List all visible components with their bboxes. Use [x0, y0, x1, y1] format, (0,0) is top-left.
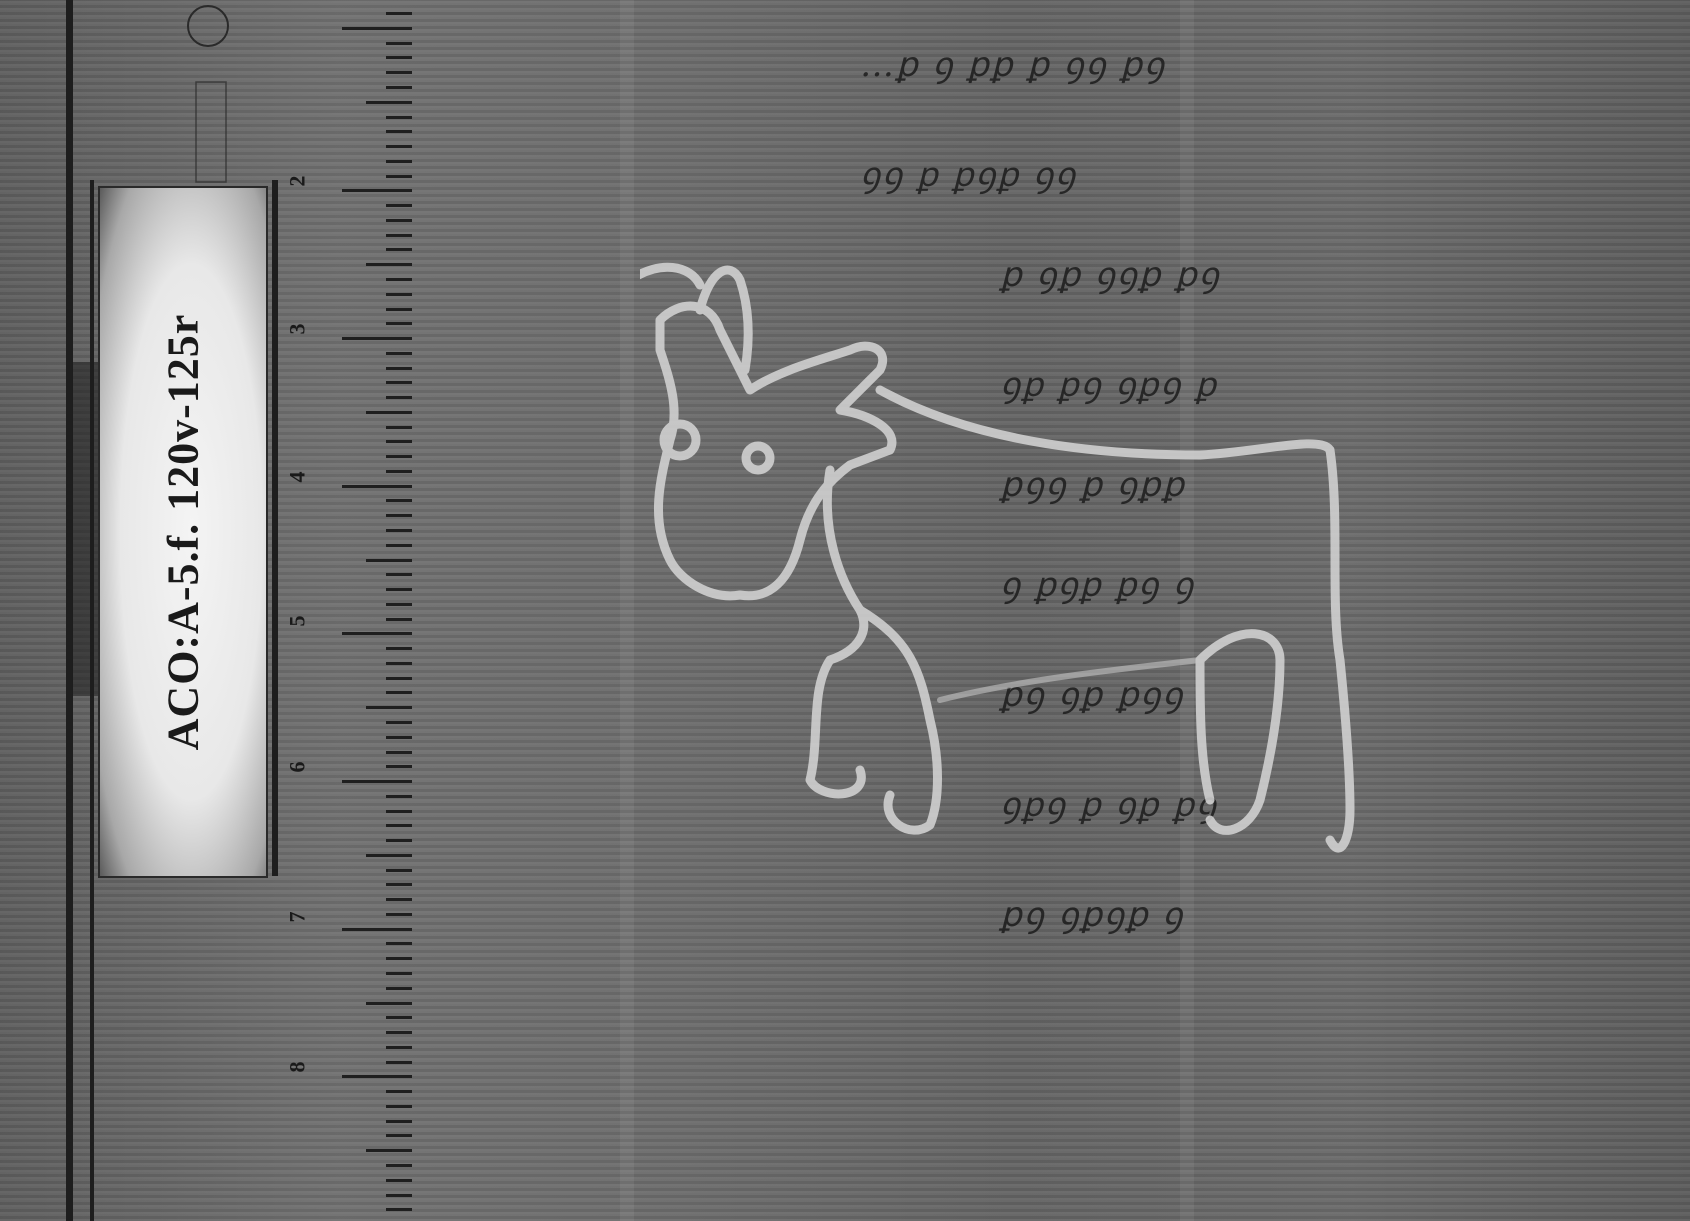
ruler-number: 7: [285, 912, 311, 923]
ruler-tick: [386, 942, 412, 945]
ruler-tick: [386, 86, 412, 89]
ruler-tick: [342, 632, 412, 635]
ruler-tick: [386, 293, 412, 296]
ruler-tick: [386, 499, 412, 502]
ruler-number: 5: [285, 616, 311, 627]
ruler-tick: [366, 854, 412, 857]
ruler-tick: [386, 721, 412, 724]
ruler-tick: [386, 662, 412, 665]
ruler-tick: [386, 42, 412, 45]
ruler-tick: [386, 1105, 412, 1108]
ruler-tick: [386, 839, 412, 842]
ruler-tick: [386, 145, 412, 148]
ruler-number: 2: [285, 176, 311, 187]
ruler-tick: [386, 913, 412, 916]
ruler-tick: [366, 1002, 412, 1005]
ruler-tick: [342, 337, 412, 340]
ruler-tick: [386, 1061, 412, 1064]
ruler-tick: [342, 27, 412, 30]
ruler-tick: [386, 765, 412, 768]
frame-line: [272, 180, 278, 876]
ruler-tick: [386, 869, 412, 872]
ruler-tick: [386, 1179, 412, 1182]
ruler-tick: [386, 1134, 412, 1137]
ruler-tick: [386, 691, 412, 694]
ruler-tick: [386, 426, 412, 429]
ruler-tick: [386, 1164, 412, 1167]
ruler-tick: [366, 411, 412, 414]
ruler-tick: [386, 1016, 412, 1019]
ruler-tick: [386, 440, 412, 443]
ruler-tick: [386, 824, 412, 827]
ruler-tick: [386, 367, 412, 370]
ruler-tick: [342, 485, 412, 488]
ruler-tick: [386, 352, 412, 355]
handwritten-line: ꝯꝯ ꝑ ꝑꝯꝑ ꝯꝯ: [860, 150, 1077, 196]
ruler-tick: [386, 234, 412, 237]
ruler-tick: [342, 928, 412, 931]
archive-label: ACO:A-5.f. 120v-125r: [98, 186, 268, 878]
ruler-tick: [366, 101, 412, 104]
ruler-tick: [366, 706, 412, 709]
ruler-tick: [386, 618, 412, 621]
ruler-tick: [386, 957, 412, 960]
label-text: ACO:A-5.f. 120v-125r: [158, 314, 209, 751]
ruler-tick: [386, 116, 412, 119]
ruler-tick: [386, 677, 412, 680]
ruler-tick: [386, 160, 412, 163]
ruler-tick: [366, 559, 412, 562]
ruler-tick: [386, 1194, 412, 1197]
ruler-tick: [386, 278, 412, 281]
ruler-tick: [386, 248, 412, 251]
ruler-tick: [386, 647, 412, 650]
ruler-tick: [386, 1208, 412, 1211]
ruler-tick: [386, 1120, 412, 1123]
ruler-tick: [386, 130, 412, 133]
ruler-tick: [386, 455, 412, 458]
ruler-tick: [386, 751, 412, 754]
ruler-tick: [386, 898, 412, 901]
ruler-number: 6: [285, 762, 311, 773]
ruler-tick: [386, 795, 412, 798]
ruler-tick: [342, 1075, 412, 1078]
handwritten-line: …ꝑ ꝯ ꝑꝑ ꝑ ꝯꝯ ꝑꝯ: [860, 40, 1166, 86]
chain-line: [620, 0, 634, 1221]
ruler-tick: [386, 603, 412, 606]
ruler-tick: [386, 736, 412, 739]
ruler-tick: [386, 204, 412, 207]
ruler-tick: [386, 219, 412, 222]
ruler-tick: [342, 189, 412, 192]
ruler-number: 8: [285, 1062, 311, 1073]
ruler-number: 3: [285, 324, 311, 335]
ruler-tick: [386, 883, 412, 886]
ruler-tick: [386, 381, 412, 384]
ruler-tick: [386, 396, 412, 399]
ruler-maker-logo-icon: [170, 0, 240, 190]
ruler-tick: [342, 780, 412, 783]
measuring-ruler: 2345678: [300, 0, 412, 1221]
ruler-tick: [386, 71, 412, 74]
ruler-tick: [386, 308, 412, 311]
ruler-tick: [386, 12, 412, 15]
ruler-tick: [366, 1149, 412, 1152]
ruler-tick: [386, 529, 412, 532]
ruler-tick: [386, 322, 412, 325]
ruler-number: 4: [285, 472, 311, 483]
ruler-tick: [386, 544, 412, 547]
ruler-tick: [386, 573, 412, 576]
ruler-tick: [386, 56, 412, 59]
ruler-tick: [366, 263, 412, 266]
frame-line: [90, 180, 94, 1221]
ruler-tick: [386, 987, 412, 990]
ruler-tick: [386, 470, 412, 473]
ruler-tick: [386, 588, 412, 591]
ruler-tick: [386, 1031, 412, 1034]
ruler-tick: [386, 810, 412, 813]
ruler-tick: [386, 972, 412, 975]
ruler-tick: [386, 175, 412, 178]
ruler-tick: [386, 1090, 412, 1093]
ruler-tick: [386, 1046, 412, 1049]
quadruped-watermark: [640, 240, 1460, 920]
ruler-tick: [386, 514, 412, 517]
manuscript-photo: ACO:A-5.f. 120v-125r 2345678 …ꝑ ꝯ ꝑꝑ ꝑ ꝯ…: [0, 0, 1690, 1221]
